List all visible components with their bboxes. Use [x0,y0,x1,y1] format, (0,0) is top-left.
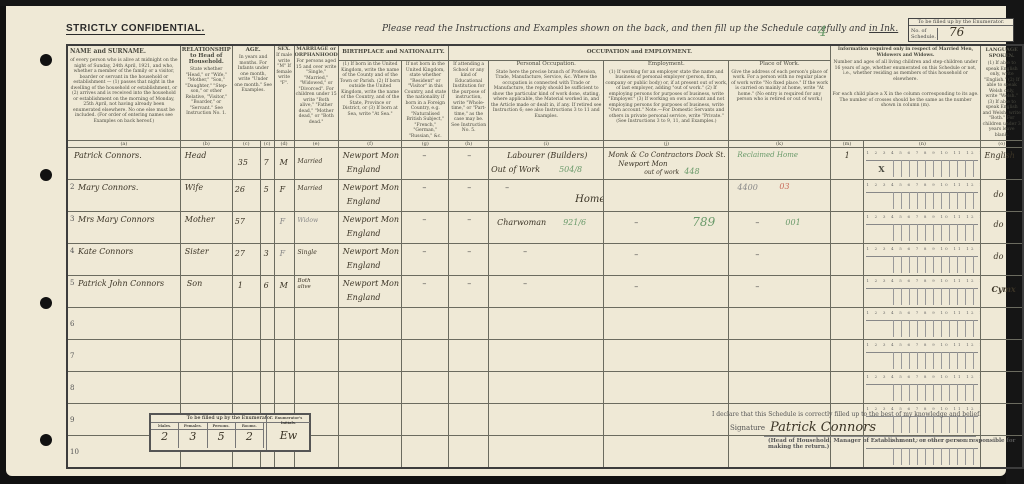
education-cell[interactable] [449,372,489,404]
header-place-of-work: Place of Work.Give the address of each p… [729,61,830,141]
header-education-desc: If attending a School or any kind of Edu… [449,61,489,141]
age-years-cell[interactable]: 27 [232,244,260,276]
females-count[interactable]: 3 [179,430,207,448]
age-years-cell[interactable]: 35 [232,148,260,180]
children-ages-cell[interactable]: 1 2 3 4 5 6 7 8 9 10 11 12 13 14 15X [864,148,981,180]
form-title: STRICTLY CONFIDENTIAL. [66,23,205,35]
column-number-row: (a)(b) (c)(c) (d)(e) (f)(g) (h)(i) (j)(k… [67,141,1023,148]
relationship-cell[interactable]: Head [180,148,232,180]
header-relationship: RELATIONSHIP to Head of Household.State … [180,45,232,141]
enumerator-initials: Ew [267,429,310,442]
employment-cell[interactable] [604,180,729,212]
name-cell[interactable]: 6 [67,308,180,340]
sex-cell[interactable] [274,340,294,372]
education-cell[interactable] [449,308,489,340]
occupation-cell[interactable] [489,436,604,469]
employment-cell[interactable] [604,372,729,404]
employment-cell[interactable] [604,436,729,469]
birthplace-cell[interactable]: Newport MonEngland [338,212,402,244]
header-nationality-desc: If not born in the United Kingdom, state… [402,61,449,141]
language-cell[interactable]: do [981,244,1023,276]
education-cell[interactable]: – [449,180,489,212]
enumerator-headers: Males.Females.Persons.Rooms. [151,423,264,430]
children-ages-cell[interactable]: 1 2 3 4 5 6 7 8 9 10 11 12 13 14 15 [864,212,981,244]
children-ages-cell[interactable]: 1 2 3 4 5 6 7 8 9 10 11 12 13 14 15 [864,276,981,308]
marriage-cell[interactable]: Single [294,244,338,276]
name-cell[interactable]: 2Mary Connors. [67,180,180,212]
sex-cell[interactable] [274,308,294,340]
occupation-cell[interactable]: – [489,276,604,308]
children-total-cell[interactable] [830,212,864,244]
birthplace-cell[interactable]: Newport MonEngland [338,276,402,308]
punch-hole-icon [40,169,52,181]
children-ages-cell[interactable]: 1 2 3 4 5 6 7 8 9 10 11 12 13 14 15 [864,308,981,340]
birthplace-cell[interactable]: Newport MonEngland [338,148,402,180]
age-years-cell[interactable] [232,372,260,404]
children-total-cell[interactable] [830,244,864,276]
table-row: 5Patrick John Connors Son 1 6 M Both ali… [67,276,1023,308]
birthplace-cell[interactable] [338,372,402,404]
education-cell[interactable]: – [449,244,489,276]
marriage-cell[interactable]: Both alive [294,276,338,308]
children-total-cell[interactable] [830,180,864,212]
header-language: LANGUAGE SPOKEN.(1) If able to speak Eng… [981,45,1023,141]
language-cell[interactable] [981,372,1023,404]
occupation-cell[interactable] [489,372,604,404]
employment-cell[interactable] [604,340,729,372]
place-of-work-cell[interactable]: 440003 [729,180,830,212]
language-cell[interactable] [981,340,1023,372]
age-years-cell[interactable]: 26 [232,180,260,212]
relationship-cell[interactable] [180,372,232,404]
nationality-cell[interactable]: – [402,276,449,308]
language-cell[interactable] [981,308,1023,340]
relationship-cell[interactable]: Mother [180,212,232,244]
children-ages-cell[interactable]: 1 2 3 4 5 6 7 8 9 10 11 12 13 14 15 [864,372,981,404]
occupation-cell[interactable]: Labourer (Builders)Out of Work504/8 [489,148,604,180]
birthplace-cell[interactable] [338,404,402,436]
children-ages-cell[interactable]: 1 2 3 4 5 6 7 8 9 10 11 12 13 14 15 [864,244,981,276]
occupation-cell[interactable]: Charwoman921/6 [489,212,604,244]
table-row: 4Kate Connors Sister 27 3 F Single Newpo… [67,244,1023,276]
children-total-cell[interactable] [830,340,864,372]
age-years-cell[interactable]: 57 [232,212,260,244]
enumerator-values: 2 3 5 2 [151,430,264,448]
persons-count[interactable]: 5 [208,430,236,448]
language-cell[interactable]: English [981,148,1023,180]
age-months-cell[interactable]: 6 [260,276,274,308]
declaration-text: I declare that this Schedule is correctl… [712,411,981,418]
occupation-cell[interactable] [489,404,604,436]
header-children: Information required only in respect of … [830,45,981,141]
occupation-cell[interactable]: –Home duties [489,180,604,212]
language-cell[interactable]: Cymx [981,276,1023,308]
employment-cell[interactable]: –789 [604,212,729,244]
children-ages-cell[interactable]: 1 2 3 4 5 6 7 8 9 10 11 12 13 14 15 [864,404,981,436]
header-name: NAME and SURNAME.of every person who is … [67,45,180,141]
name-cell[interactable]: 7 [67,340,180,372]
marriage-cell[interactable] [294,308,338,340]
birthplace-cell[interactable]: Newport MonEngland [338,180,402,212]
marriage-cell[interactable] [294,372,338,404]
education-cell[interactable]: – [449,148,489,180]
sex-cell[interactable]: M [274,276,294,308]
nationality-cell[interactable] [402,372,449,404]
table-row: 3Mrs Mary Connors Mother 57 F Widow Newp… [67,212,1023,244]
page-mark: 4 [818,24,827,40]
punch-hole-icon [40,297,52,309]
occupation-cell[interactable] [489,340,604,372]
place-of-work-cell[interactable] [729,340,830,372]
header-employment: Employment.(1) If working for an employe… [604,61,729,141]
age-months-cell[interactable]: 7 [260,148,274,180]
age-years-cell[interactable] [232,308,260,340]
table-row: 8 1 2 3 4 5 6 7 8 9 10 11 12 13 14 15 [67,372,1023,404]
relationship-cell[interactable] [180,308,232,340]
age-years-cell[interactable] [232,340,260,372]
marriage-cell[interactable]: Married [294,148,338,180]
table-row: Patrick Connors. Head 35 7 M Married New… [67,148,1023,180]
birthplace-cell[interactable] [338,436,402,469]
place-of-work-cell[interactable] [729,372,830,404]
sex-cell[interactable]: F [274,212,294,244]
sex-cell[interactable]: F [274,180,294,212]
table-row: 2Mary Connors. Wife 26 5 F Married Newpo… [67,180,1023,212]
language-cell[interactable]: do [981,212,1023,244]
name-cell[interactable]: 3Mrs Mary Connors [67,212,180,244]
table-row: 6 1 2 3 4 5 6 7 8 9 10 11 12 13 14 15 [67,308,1023,340]
nationality-cell[interactable]: – [402,148,449,180]
place-of-work-cell[interactable]: Reclaimed Home [729,148,830,180]
nationality-cell[interactable] [402,340,449,372]
children-ages-cell[interactable]: 1 2 3 4 5 6 7 8 9 10 11 12 13 14 15 [864,340,981,372]
name-cell[interactable]: 8 [67,372,180,404]
nationality-cell[interactable] [402,404,449,436]
occupation-cell[interactable] [489,308,604,340]
relationship-cell[interactable]: Sister [180,244,232,276]
children-total-cell[interactable] [830,308,864,340]
enumerator-initials-box: Enumerator's Initials. Ew [266,415,310,450]
nationality-cell[interactable]: – [402,180,449,212]
relationship-cell[interactable]: Wife [180,180,232,212]
schedule-box-label: No. of Schedule. [911,28,938,40]
age-months-cell[interactable] [260,340,274,372]
children-ages-cell[interactable]: 1 2 3 4 5 6 7 8 9 10 11 12 13 14 15 [864,180,981,212]
punch-hole-icon [40,434,52,446]
header-sex: SEX.If male write "M" If female write "F… [274,45,294,141]
schedule-number: 76 [949,25,964,39]
employment-cell[interactable] [604,308,729,340]
employment-cell[interactable]: Monk & Co Contractors Dock St.Newport Mo… [604,148,729,180]
signature-field[interactable]: Patrick Connors [770,420,876,435]
place-of-work-cell[interactable] [729,308,830,340]
nationality-cell[interactable] [402,308,449,340]
employment-cell[interactable] [604,404,729,436]
employment-cell[interactable]: – [604,276,729,308]
header-birthplace-desc: (1) If born in the United Kingdom, write… [338,61,402,141]
children-total-cell[interactable] [830,276,864,308]
relationship-cell[interactable] [180,340,232,372]
children-total-cell[interactable]: 1 [830,148,864,180]
marriage-cell[interactable] [294,340,338,372]
relationship-cell[interactable]: Son [180,276,232,308]
header-occupation-group: OCCUPATION and EMPLOYMENT. [449,45,830,61]
age-months-cell[interactable] [260,372,274,404]
marriage-cell[interactable]: Widow [294,212,338,244]
age-years-cell[interactable]: 1 [232,276,260,308]
birthplace-cell[interactable]: Newport MonEngland [338,244,402,276]
enumerator-box: To be filled up by the Enumerator. Males… [149,413,311,452]
marriage-cell[interactable]: Married [294,180,338,212]
children-total-cell[interactable] [830,372,864,404]
employment-cell[interactable]: – [604,244,729,276]
place-of-work-cell[interactable]: – [729,244,830,276]
language-cell[interactable] [981,404,1023,436]
name-cell[interactable]: 5Patrick John Connors [67,276,180,308]
signature-line [764,436,976,437]
header-age: AGE.In years and months. For Infants und… [232,45,274,141]
sex-cell[interactable] [274,372,294,404]
punch-hole-icon [40,54,52,66]
header-marriage: MARRIAGE or ORPHANHOODFor persons aged 1… [294,45,338,141]
census-table: NAME and SURNAME.of every person who is … [66,44,1024,469]
education-cell[interactable]: – [449,212,489,244]
education-cell[interactable] [449,340,489,372]
age-months-cell[interactable] [260,308,274,340]
name-cell[interactable]: Patrick Connors. [67,148,180,180]
sex-cell[interactable]: F [274,244,294,276]
rooms-count[interactable]: 2 [236,430,264,448]
age-months-cell[interactable]: 3 [260,244,274,276]
occupation-cell[interactable]: – [489,244,604,276]
header-birthplace: BIRTHPLACE and NATIONALITY. [338,45,448,61]
nationality-cell[interactable] [402,436,449,469]
schedule-number-box: To be filled up by the Enumerator. No. o… [908,18,1014,42]
sex-cell[interactable]: M [274,148,294,180]
males-count[interactable]: 2 [151,430,179,448]
education-cell[interactable] [449,404,489,436]
birthplace-cell[interactable] [338,340,402,372]
language-cell[interactable]: do [981,180,1023,212]
name-cell[interactable]: 4Kate Connors [67,244,180,276]
signature-caption: (Head of Household, Manager of Establish… [768,438,1024,450]
nationality-cell[interactable]: – [402,244,449,276]
age-months-cell[interactable] [260,212,274,244]
table-row: 7 1 2 3 4 5 6 7 8 9 10 11 12 13 14 15 [67,340,1023,372]
place-of-work-cell[interactable]: –001 [729,212,830,244]
birthplace-cell[interactable] [338,308,402,340]
education-cell[interactable]: – [449,276,489,308]
age-months-cell[interactable]: 5 [260,180,274,212]
header-personal-occupation: Personal Occupation.State here the preci… [489,61,604,141]
nationality-cell[interactable]: – [402,212,449,244]
education-cell[interactable] [449,436,489,469]
place-of-work-cell[interactable]: – [729,276,830,308]
signature-label: Signature [730,424,765,432]
